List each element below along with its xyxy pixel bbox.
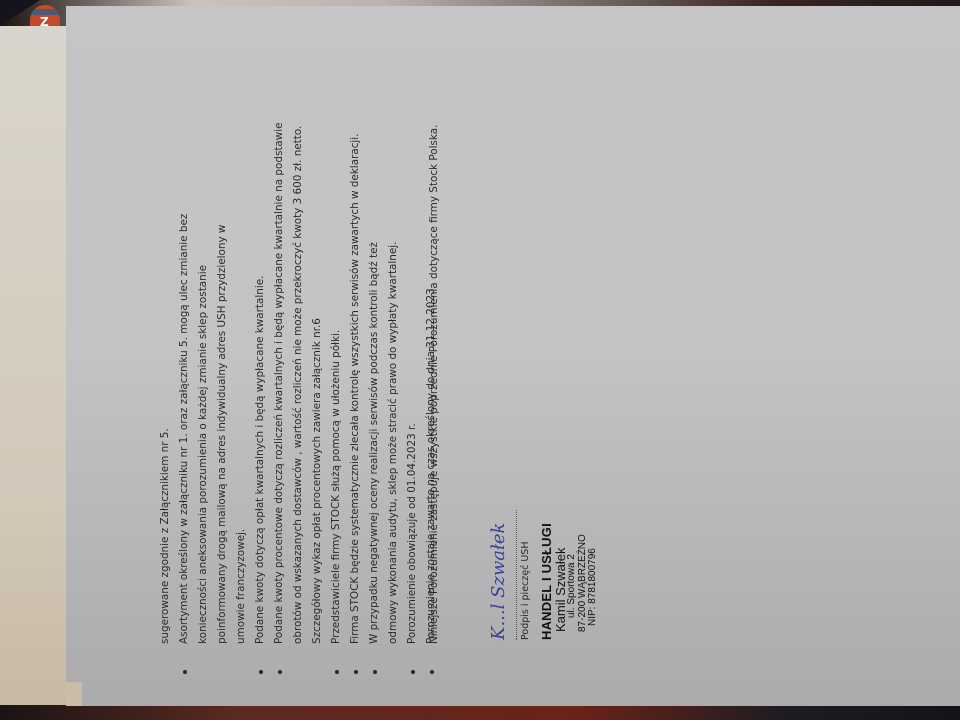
document-page-rotated: sugerowane zgodnie z Załącznikiem nr 5.A… [148, 20, 628, 660]
sheet-corner [66, 682, 82, 706]
company-stamp: HANDEL I USŁUGI Kamil Szwałek ul. Sporto… [540, 523, 599, 640]
bullet-line: Porozumienie obowiązuje od 01.04.2023 r. [403, 84, 422, 644]
bullet-line: Firma STOCK będzie systematycznie zlecał… [346, 84, 365, 644]
bullet-line: Asortyment określony w załączniku nr 1. … [175, 84, 194, 644]
agreement-terms-list: sugerowane zgodnie z Załącznikiem nr 5.A… [156, 84, 441, 644]
text-line: konieczności aneksowania porozumienia o … [194, 84, 213, 644]
handwritten-signature: K...l Szwałek [488, 510, 517, 640]
text-line: odmowy wykonania audytu, sklep może stra… [384, 84, 403, 644]
text-line: obrotów od wskazanych dostawców , wartoś… [289, 84, 308, 644]
bullet-line: Podane kwoty procentowe dotyczą rozlicze… [270, 84, 289, 644]
signature-block: K...l Szwałek Podpis i pieczęć USH HANDE… [488, 440, 608, 640]
bullet-line: Przedstawiciele firmy STOCK służą pomocą… [327, 84, 346, 644]
text-line: umowie franczyzowej. [232, 84, 251, 644]
text-line: poinformowany drogą mailową na adres ind… [213, 84, 232, 644]
stamp-line-nip: NIP: 8781800796 [588, 523, 599, 640]
text-line: Szczegółowy wykaz opłat procentowych zaw… [308, 84, 327, 644]
text-line: sugerowane zgodnie z Załącznikiem nr 5. [156, 84, 175, 644]
closing-statement: Niniejsze Porozumienie zastępuje wszystk… [428, 125, 440, 644]
bullet-line: W przypadku negatywnej oceny realizacji … [365, 84, 384, 644]
bullet-line: Podane kwoty dotyczą opłat kwartalnych i… [251, 84, 270, 644]
stamp-line-business-type: HANDEL I USŁUGI [540, 523, 554, 640]
stamp-line-owner: Kamil Szwałek [554, 523, 568, 640]
photo-background-bottom [0, 705, 960, 720]
signature-label: Podpis i pieczęć USH [520, 542, 531, 640]
